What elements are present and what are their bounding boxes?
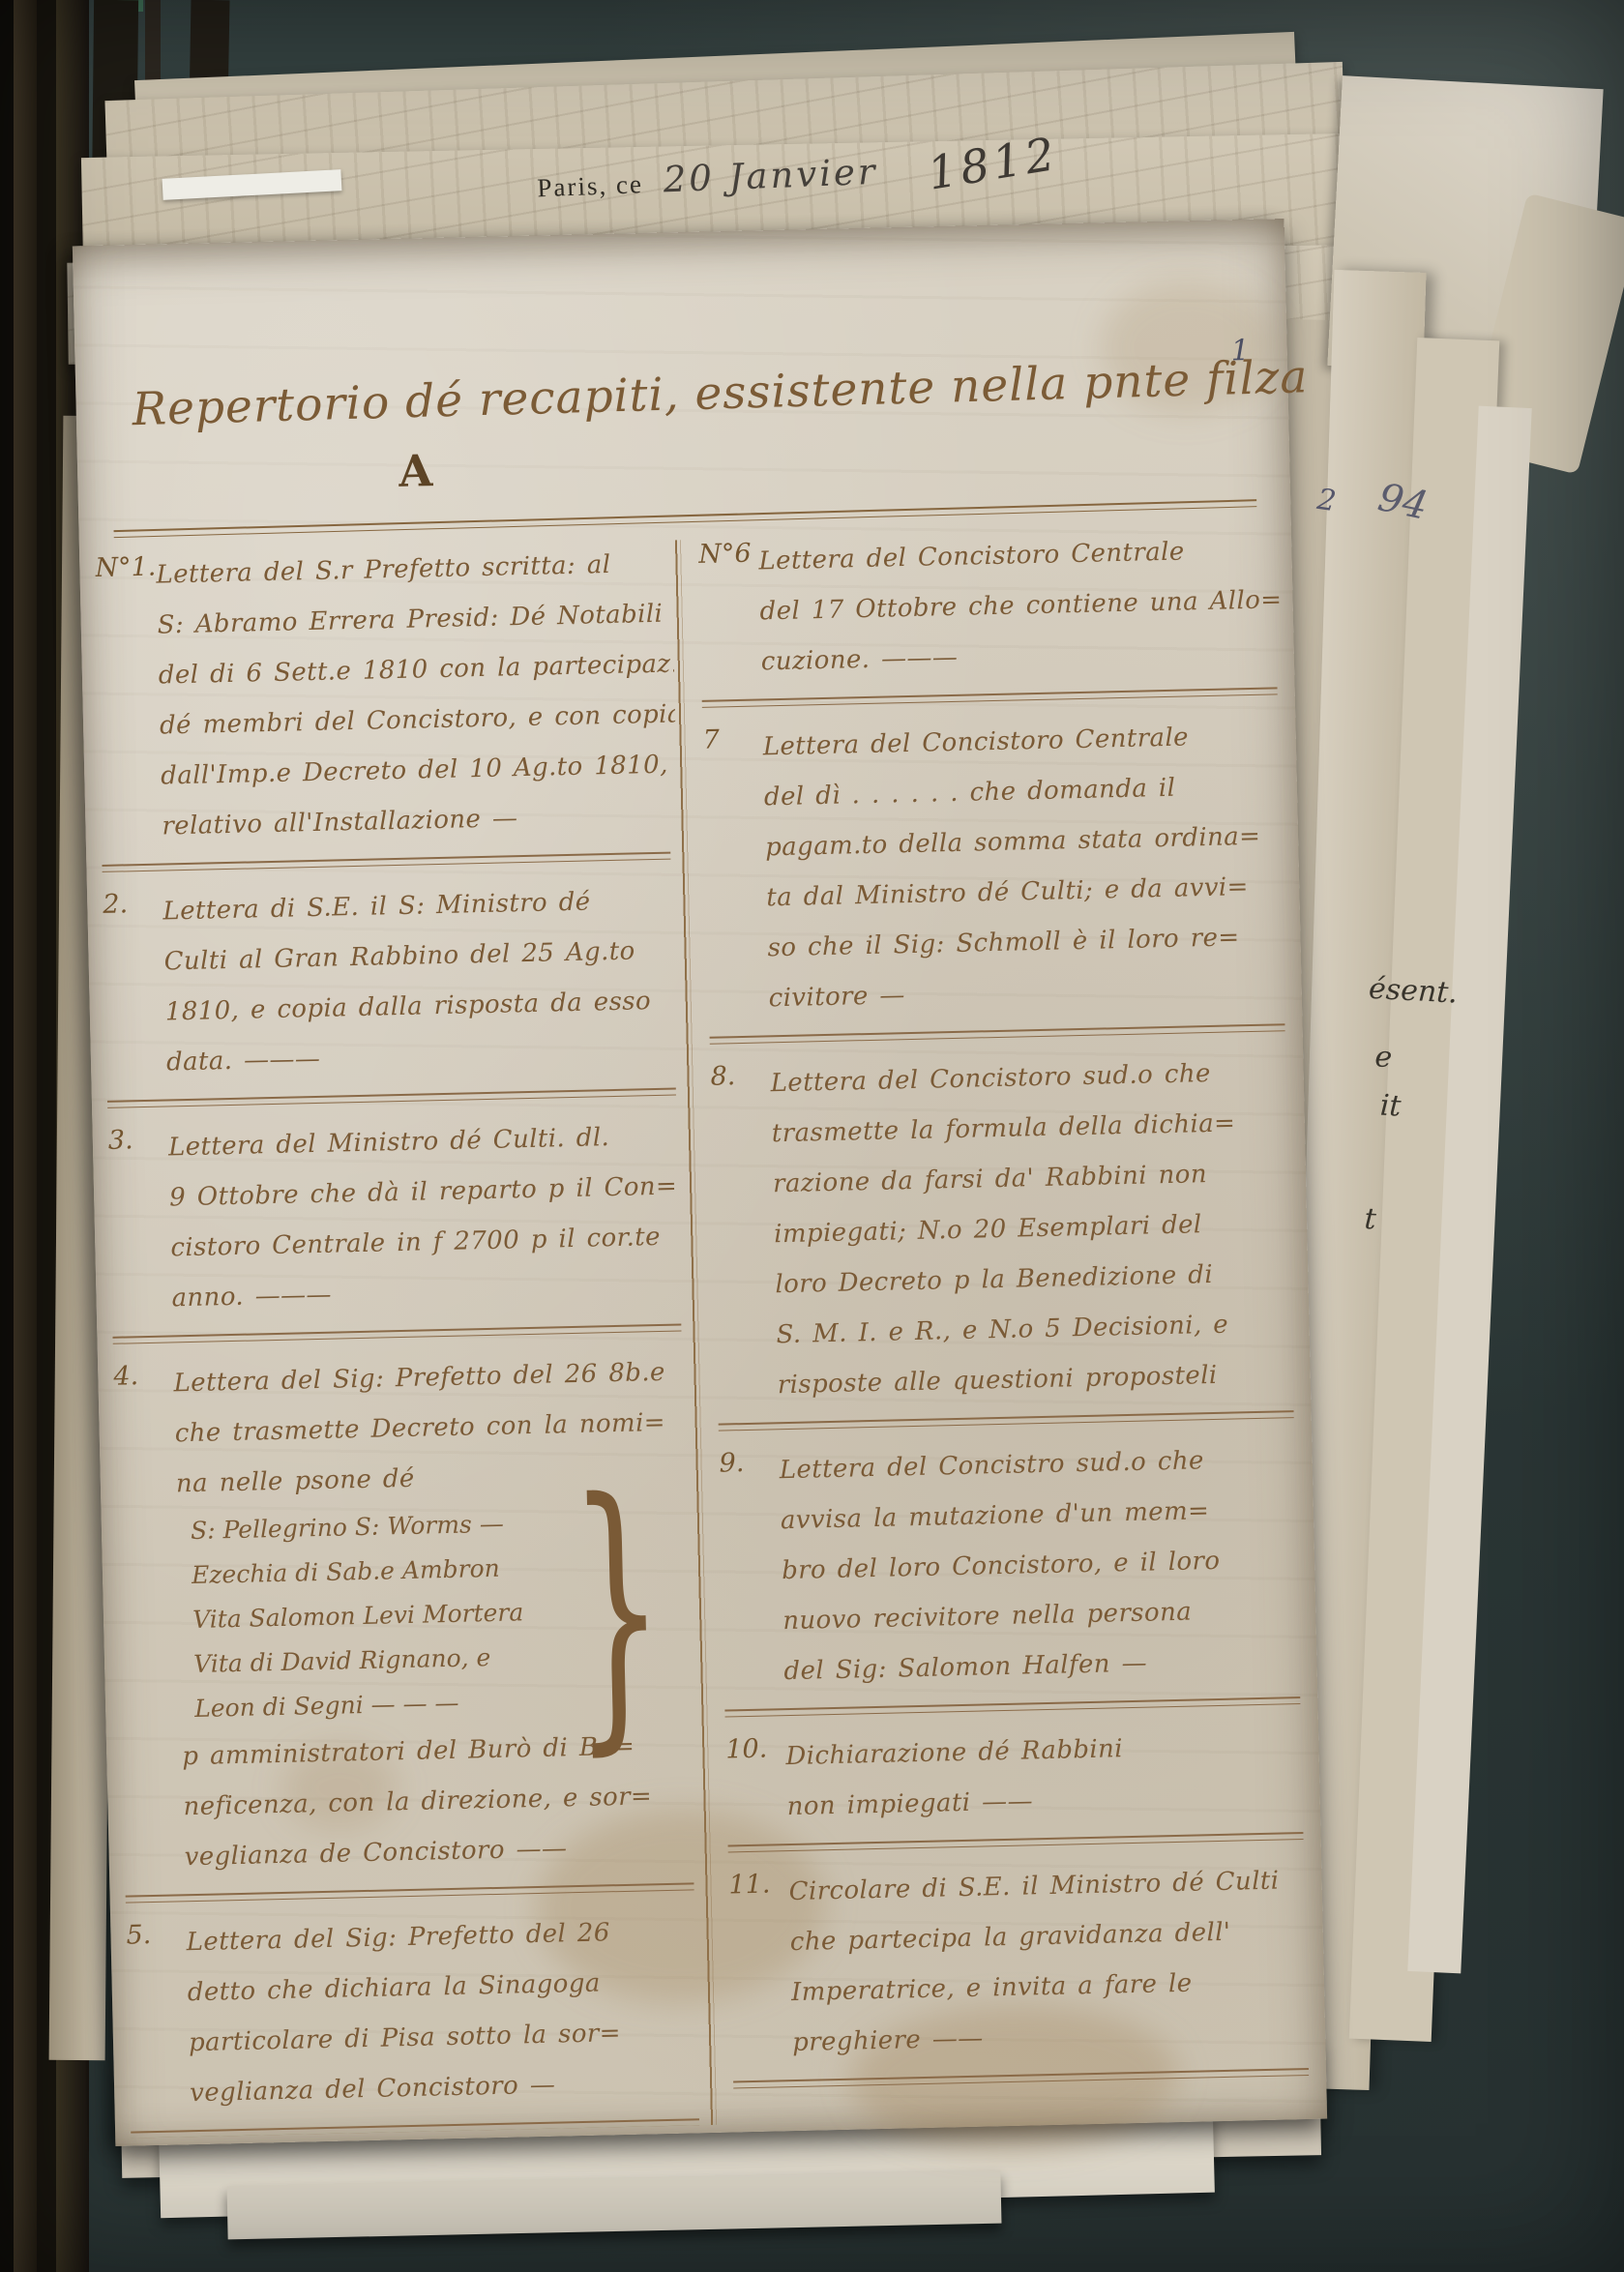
handwritten-line: veglianza de Concistoro —— bbox=[184, 1820, 701, 1882]
entry-number: N°6 bbox=[698, 536, 759, 569]
handwriting-fragment: t bbox=[1364, 1202, 1377, 1237]
entry-divider-rule bbox=[728, 1832, 1304, 1852]
entry-number: 2. bbox=[103, 887, 163, 920]
nominee-names: S: Pellegrino S: Worms —Ezechia di Sab.e… bbox=[177, 1501, 526, 1731]
section-letter: A bbox=[399, 445, 433, 497]
entry-number: 7 bbox=[702, 722, 763, 754]
entry-text: Lettera del Concistoro sud.o chetrasmett… bbox=[770, 1047, 1301, 1410]
entry-text: Lettera del Sig: Prefetto del 26 8b.eche… bbox=[173, 1346, 701, 1882]
entry-text: Dichiarazione dé Rabbininon impiegati —— bbox=[785, 1720, 1311, 1832]
handwritten-line: relativo all'Installazione — bbox=[162, 789, 678, 851]
handwritten-line: preghiere —— bbox=[792, 2006, 1316, 2068]
handwritten-line: cuzione. ——— bbox=[760, 625, 1284, 687]
index-entry-5: 5.Lettera del Sig: Prefetto del 26detto … bbox=[126, 1905, 707, 2119]
handwriting-fragment: e bbox=[1374, 1040, 1394, 1075]
entry-text: Lettera del Concistro sud.o cheavvisa la… bbox=[779, 1433, 1308, 1697]
nominee-list: S: Pellegrino S: Worms —Ezechia di Sab.e… bbox=[177, 1497, 698, 1731]
entry-number: 10. bbox=[725, 1731, 786, 1764]
handwritten-line: data. ——— bbox=[165, 1025, 683, 1087]
handwritten-line: del Sig: Salomon Halfen — bbox=[783, 1635, 1308, 1697]
entry-text: Circolare di S.E. il Ministro dé Cultich… bbox=[788, 1855, 1316, 2068]
entry-text: Lettera del Concistoro Centraledel 17 Ot… bbox=[758, 524, 1284, 687]
index-column-left: N°1.Lettera del S.r Prefetto scritta: al… bbox=[95, 539, 707, 2139]
printed-dateline-text: Paris, ce bbox=[537, 169, 644, 202]
entry-number: 8. bbox=[710, 1058, 771, 1091]
handwritten-line: Leon di Segni — — — bbox=[194, 1679, 526, 1731]
entry-number: 11. bbox=[728, 1867, 789, 1900]
entry-divider-rule bbox=[733, 2068, 1309, 2088]
index-entry-9: 9.Lettera del Concistro sud.o cheavvisa … bbox=[719, 1433, 1308, 1698]
handwritten-line: non impiegati —— bbox=[786, 1770, 1311, 1832]
entry-divider-rule bbox=[112, 1323, 681, 1343]
index-entry-8: 8.Lettera del Concistoro sud.o chetrasme… bbox=[710, 1047, 1301, 1412]
handwritten-line: Ezechia di Sab.e Ambron bbox=[192, 1546, 523, 1598]
index-entry-2: 2.Lettera di S.E. il S: Ministro déCulti… bbox=[103, 874, 684, 1088]
index-column-right: N°6Lettera del Concistoro Centraledel 17… bbox=[683, 524, 1317, 2125]
underlying-letter-fragments: ésent. e it t bbox=[1351, 916, 1498, 1328]
entry-text: Lettera del Ministro dé Culti. dl.9 Otto… bbox=[167, 1110, 689, 1323]
index-entry-1: N°1.Lettera del S.r Prefetto scritta: al… bbox=[95, 539, 678, 853]
handwritten-line: Vita di David Rignano, e bbox=[193, 1635, 525, 1687]
brace-glyph: } bbox=[569, 1498, 666, 1723]
entry-divider-rule bbox=[724, 1697, 1300, 1717]
index-entry-11: 11.Circolare di S.E. il Ministro dé Cult… bbox=[728, 1855, 1316, 2070]
entry-text: Lettera del S.r Prefetto scritta: alS: A… bbox=[156, 539, 678, 852]
entry-text: Lettera del Concistoro Centraledel dì . … bbox=[762, 710, 1292, 1023]
book-binding-edge bbox=[14, 0, 37, 2272]
entry-number: 9. bbox=[719, 1445, 780, 1478]
handwritten-line: risposte alle questioni proposteli bbox=[777, 1348, 1301, 1410]
index-entry-4: 4.Lettera del Sig: Prefetto del 26 8b.ec… bbox=[113, 1346, 701, 1883]
index-entry-6: N°6Lettera del Concistoro Centraledel 17… bbox=[698, 524, 1284, 689]
entry-divider-rule bbox=[107, 1088, 676, 1108]
entry-divider-rule bbox=[102, 852, 670, 872]
index-entry-10: 10.Dichiarazione dé Rabbininon impiegati… bbox=[725, 1720, 1311, 1834]
page-title: Repertorio dé recapiti, essistente nella… bbox=[132, 351, 1274, 436]
handwritten-line: Vita Salomon Levi Mortera bbox=[192, 1590, 524, 1642]
handwritten-line: anno. ——— bbox=[171, 1261, 689, 1323]
handwritten-line: veglianza del Concistoro — bbox=[190, 2056, 707, 2118]
entry-text: Lettera di S.E. il S: Ministro déCulti a… bbox=[162, 874, 684, 1087]
entry-number: 3. bbox=[107, 1122, 168, 1155]
manuscript-page: 1 Repertorio dé recapiti, essistente nel… bbox=[73, 219, 1327, 2146]
entry-divider-rule bbox=[710, 1023, 1285, 1044]
entry-divider-rule bbox=[126, 1882, 694, 1903]
handwriting-fragment: it bbox=[1379, 1089, 1402, 1124]
entry-text: Lettera del Sig: Prefetto del 26detto ch… bbox=[186, 1905, 707, 2118]
handwritten-line: civitore — bbox=[768, 961, 1292, 1023]
handwriting-fragment: ésent. bbox=[1368, 972, 1459, 1011]
handwritten-date: 20 Janvier bbox=[663, 151, 878, 200]
entry-divider-rule bbox=[702, 687, 1278, 707]
archive-manuscript-photo: Paris, ce 20 Janvier 1812 CENTRAL 2 94 é… bbox=[0, 0, 1624, 2272]
book-binding-edge bbox=[0, 0, 14, 2272]
index-columns: N°1.Lettera del S.r Prefetto scritta: al… bbox=[95, 524, 1317, 2138]
entry-divider-rule bbox=[719, 1410, 1294, 1431]
handwritten-line: S: Pellegrino S: Worms — bbox=[191, 1501, 522, 1553]
index-entry-7: 7Lettera del Concistoro Centraledel dì .… bbox=[702, 710, 1292, 1025]
entry-number: 4. bbox=[113, 1358, 174, 1391]
index-entry-3: 3.Lettera del Ministro dé Culti. dl.9 Ot… bbox=[107, 1110, 689, 1324]
entry-number: 5. bbox=[126, 1917, 187, 1950]
entry-number: N°1. bbox=[95, 550, 157, 583]
